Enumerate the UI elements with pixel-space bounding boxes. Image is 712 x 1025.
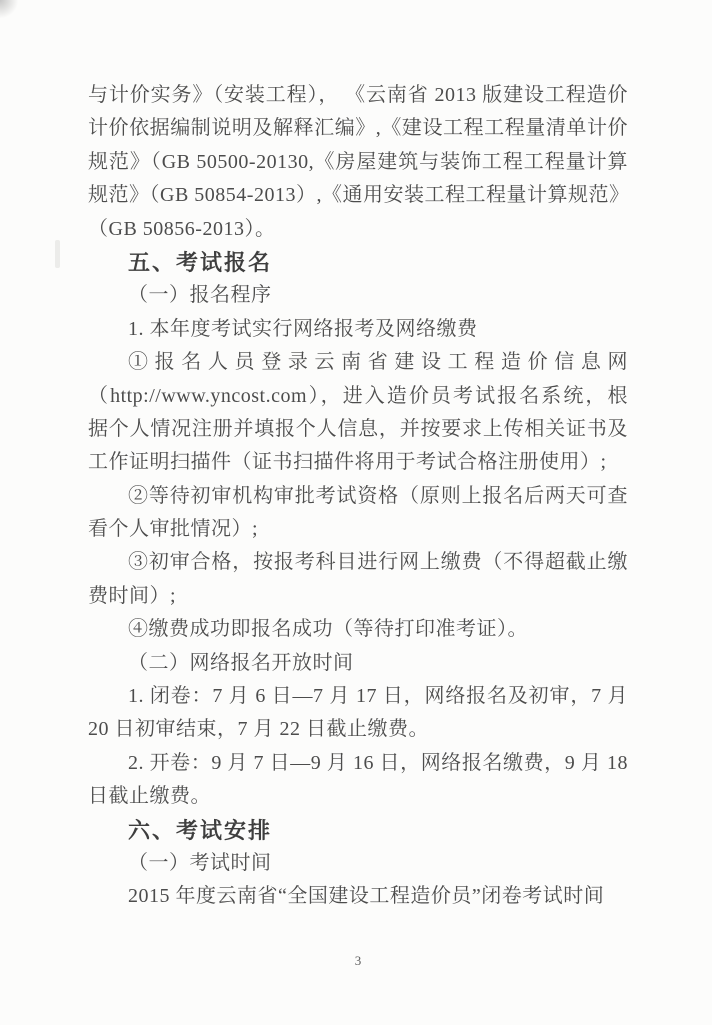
- intro-paragraph-line: 规范》（GB 50500-20130,《房屋建筑与装饰工程工程量计算: [88, 146, 628, 179]
- step-1-line: ①报名人员登录云南省建设工程造价信息网: [88, 346, 628, 379]
- online-registration-item: 1. 本年度考试实行网络报考及网络缴费: [88, 313, 628, 346]
- subsection-registration-procedure-heading: （一）报名程序: [88, 279, 628, 312]
- step-3-line: ③初审合格，按报考科目进行网上缴费（不得超截止缴: [88, 546, 628, 579]
- closed-exam-schedule-line: 20 日初审结束，7 月 22 日截止缴费。: [88, 713, 628, 746]
- subsection-open-time-heading: （二）网络报名开放时间: [88, 647, 628, 680]
- intro-paragraph-line: 规范》（GB 50854-2013）,《通用安装工程工程量计算规范》: [88, 179, 628, 212]
- scanned-document-page: 与计价实务》（安装工程）， 《云南省 2013 版建设工程造价计价依据编制说明及…: [0, 0, 712, 1025]
- closed-exam-schedule-line: 1. 闭卷：7 月 6 日—7 月 17 日，网络报名及初审，7 月: [88, 680, 628, 713]
- step-3-line: 费时间）;: [88, 580, 628, 613]
- scan-artifact-edge: [55, 240, 60, 268]
- document-body: 与计价实务》（安装工程）， 《云南省 2013 版建设工程造价计价依据编制说明及…: [88, 79, 628, 914]
- intro-paragraph-line: 与计价实务》（安装工程）， 《云南省 2013 版建设工程造价: [88, 79, 628, 112]
- open-exam-schedule-line: 日截止缴费。: [88, 780, 628, 813]
- step-1-line: （http://www.yncost.com），进入造价员考试报名系统，根: [88, 380, 628, 413]
- open-exam-schedule-line: 2. 开卷：9 月 7 日—9 月 16 日，网络报名缴费，9 月 18: [88, 747, 628, 780]
- exam-time-intro-line: 2015 年度云南省“全国建设工程造价员”闭卷考试时间: [88, 880, 628, 913]
- section-6-heading: 六、考试安排: [88, 814, 628, 847]
- intro-paragraph-line: 计价依据编制说明及解释汇编》,《建设工程工程量清单计价: [88, 112, 628, 145]
- step-1-line: 工作证明扫描件（证书扫描件将用于考试合格注册使用）;: [88, 446, 628, 479]
- step-2-line: 看个人审批情况）;: [88, 513, 628, 546]
- page-number: 3: [88, 953, 628, 969]
- subsection-exam-time-heading: （一）考试时间: [88, 847, 628, 880]
- step-2-line: ②等待初审机构审批考试资格（原则上报名后两天可查: [88, 480, 628, 513]
- section-5-heading: 五、考试报名: [88, 246, 628, 279]
- intro-paragraph-line: （GB 50856-2013）。: [88, 213, 628, 246]
- scan-artifact-corner: [0, 0, 18, 18]
- step-4-line: ④缴费成功即报名成功（等待打印准考证）。: [88, 613, 628, 646]
- step-1-line: 据个人情况注册并填报个人信息，并按要求上传相关证书及: [88, 413, 628, 446]
